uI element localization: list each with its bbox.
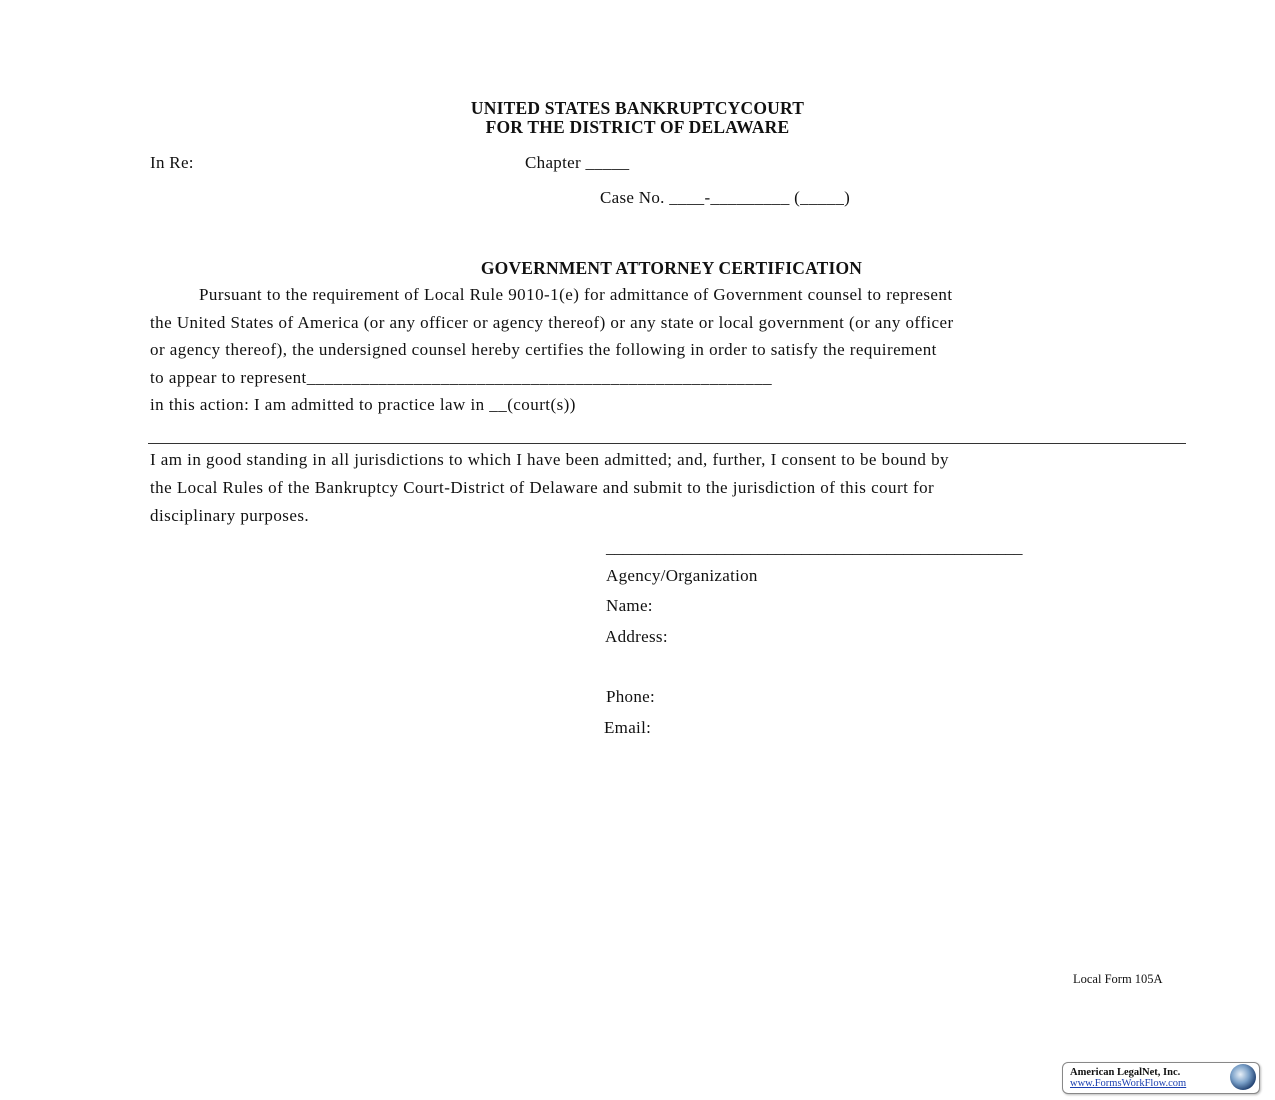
court-name-line-2: FOR THE DISTRICT OF DELAWARE <box>0 117 1275 138</box>
address-label: Address: <box>605 627 668 647</box>
signature-line: ________________________________________… <box>606 538 1023 558</box>
court-name-line-1: UNITED STATES BANKRUPTCYCOURT <box>0 98 1275 119</box>
admitted-courts-line: in this action: I am admitted to practic… <box>150 395 576 415</box>
chapter-field: Chapter _____ <box>525 153 629 173</box>
paragraph-line: or agency thereof), the undersigned coun… <box>150 340 937 360</box>
paragraph-line: the United States of America (or any off… <box>150 313 954 333</box>
courts-entry-rule <box>148 443 1186 444</box>
in-re-label: In Re: <box>150 153 194 173</box>
standing-line: the Local Rules of the Bankruptcy Court-… <box>150 478 934 498</box>
publisher-website-link[interactable]: www.FormsWorkFlow.com <box>1070 1078 1186 1089</box>
publisher-name: American LegalNet, Inc. <box>1070 1067 1180 1078</box>
publisher-badge: American LegalNet, Inc. www.FormsWorkFlo… <box>1062 1062 1260 1094</box>
form-number: Local Form 105A <box>1073 972 1163 987</box>
agency-organization-label: Agency/Organization <box>606 566 758 586</box>
case-number-field: Case No. ____-_________ (_____) <box>600 188 850 208</box>
certification-title: GOVERNMENT ATTORNEY CERTIFICATION <box>34 258 1275 279</box>
phone-label: Phone: <box>606 687 655 707</box>
standing-line: I am in good standing in all jurisdictio… <box>150 450 949 470</box>
paragraph-line: Pursuant to the requirement of Local Rul… <box>199 285 953 305</box>
globe-logo-icon <box>1230 1064 1256 1090</box>
represent-line: to appear to represent__________________… <box>150 368 772 388</box>
standing-line: disciplinary purposes. <box>150 506 309 526</box>
email-label: Email: <box>604 718 651 738</box>
name-label: Name: <box>606 596 653 616</box>
